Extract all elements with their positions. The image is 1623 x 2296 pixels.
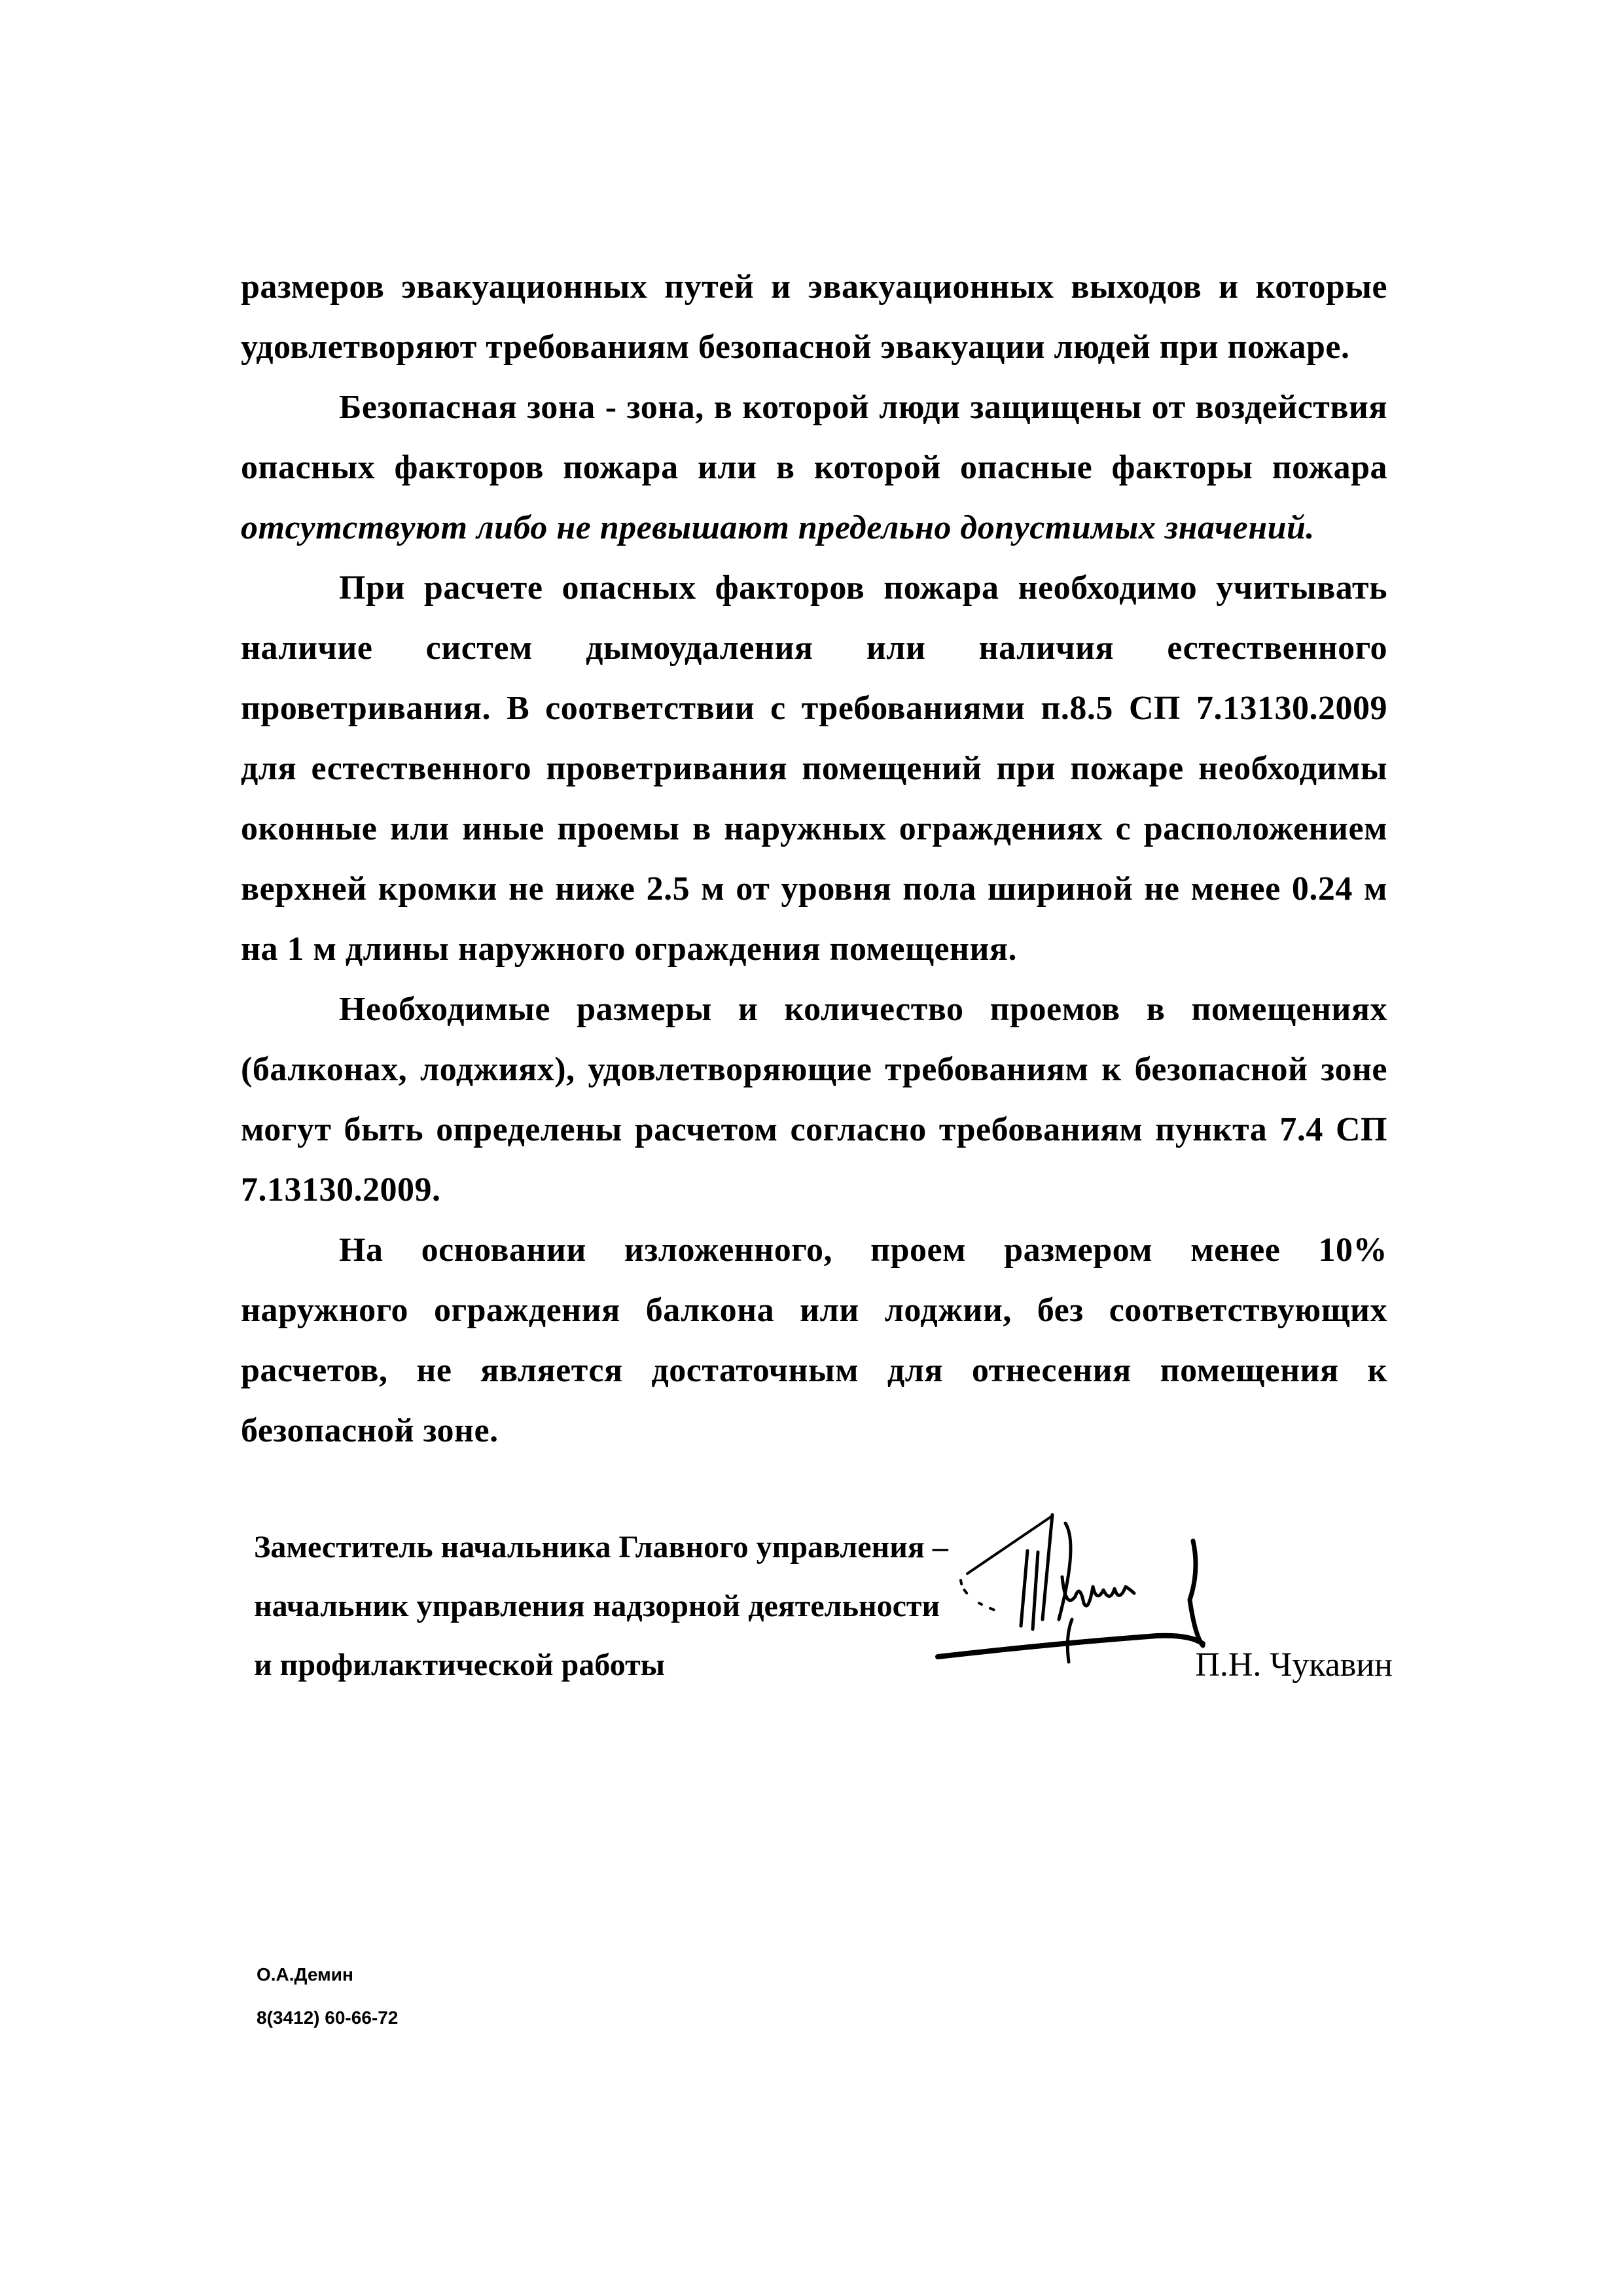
document-body: размеров эвакуационных путей и эвакуацио… [241, 257, 1387, 1461]
paragraph-continuation: размеров эвакуационных путей и эвакуацио… [241, 257, 1387, 378]
signer-name: П.Н. Чукавин [1195, 1636, 1393, 1695]
paragraph-ventilation-requirements: При расчете опасных факторов пожара необ… [241, 558, 1387, 980]
document-page: размеров эвакуационных путей и эвакуацио… [0, 0, 1623, 2296]
paragraph-text: Безопасная зона - зона, в которой люди з… [241, 389, 1387, 486]
paragraph-conclusion: На основании изложенного, проем размером… [241, 1220, 1387, 1461]
paragraph-italic-text: отсутствуют либо не превышают предельно … [241, 509, 1315, 546]
executor-phone: 8(3412) 60-66-72 [257, 1996, 398, 2040]
executor-name: О.А.Демин [257, 1953, 398, 1996]
executor-contact: О.А.Демин 8(3412) 60-66-72 [257, 1953, 398, 2040]
paragraph-opening-calculation: Необходимые размеры и количество проемов… [241, 980, 1387, 1220]
signature-block: Заместитель начальника Главного управлен… [254, 1518, 1393, 1714]
paragraph-safe-zone-definition: Безопасная зона - зона, в которой люди з… [241, 378, 1387, 558]
